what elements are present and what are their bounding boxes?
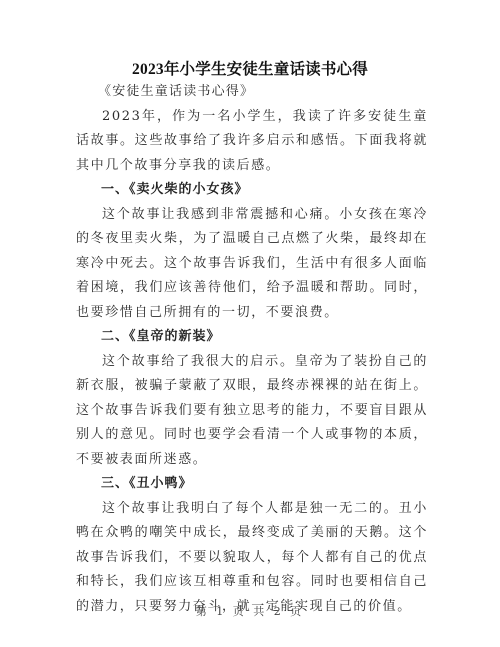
section-heading-3: 三、《丑小鸭》 (76, 472, 428, 497)
intro-paragraph: 2023年，作为一名小学生，我读了许多安徒生童话故事。这些故事给了我许多启示和感… (76, 105, 428, 179)
document-title: 2023年小学生安徒生童话读书心得 (0, 57, 500, 79)
section-heading-1: 一、《卖火柴的小女孩》 (76, 178, 428, 203)
document-subtitle: 《安徒生童话读书心得》 (76, 80, 428, 105)
page-number: 第 1 页 共 2 页 (0, 603, 500, 619)
document-body: 《安徒生童话读书心得》 2023年，作为一名小学生，我读了许多安徒生童话故事。这… (76, 80, 428, 619)
section-body-1: 这个故事让我感到非常震撼和心痛。小女孩在寒冷的冬夜里卖火柴，为了温暖自己点燃了火… (76, 203, 428, 326)
section-body-2: 这个故事给了我很大的启示。皇帝为了装扮自己的新衣服，被骗子蒙蔽了双眼，最终赤裸裸… (76, 350, 428, 473)
document-page: 2023年小学生安徒生童话读书心得 《安徒生童话读书心得》 2023年，作为一名… (0, 0, 500, 647)
section-heading-2: 二、《皇帝的新装》 (76, 325, 428, 350)
section-body-3: 这个故事让我明白了每个人都是独一无二的。丑小鸭在众鸭的嘲笑中成长，最终变成了美丽… (76, 497, 428, 620)
